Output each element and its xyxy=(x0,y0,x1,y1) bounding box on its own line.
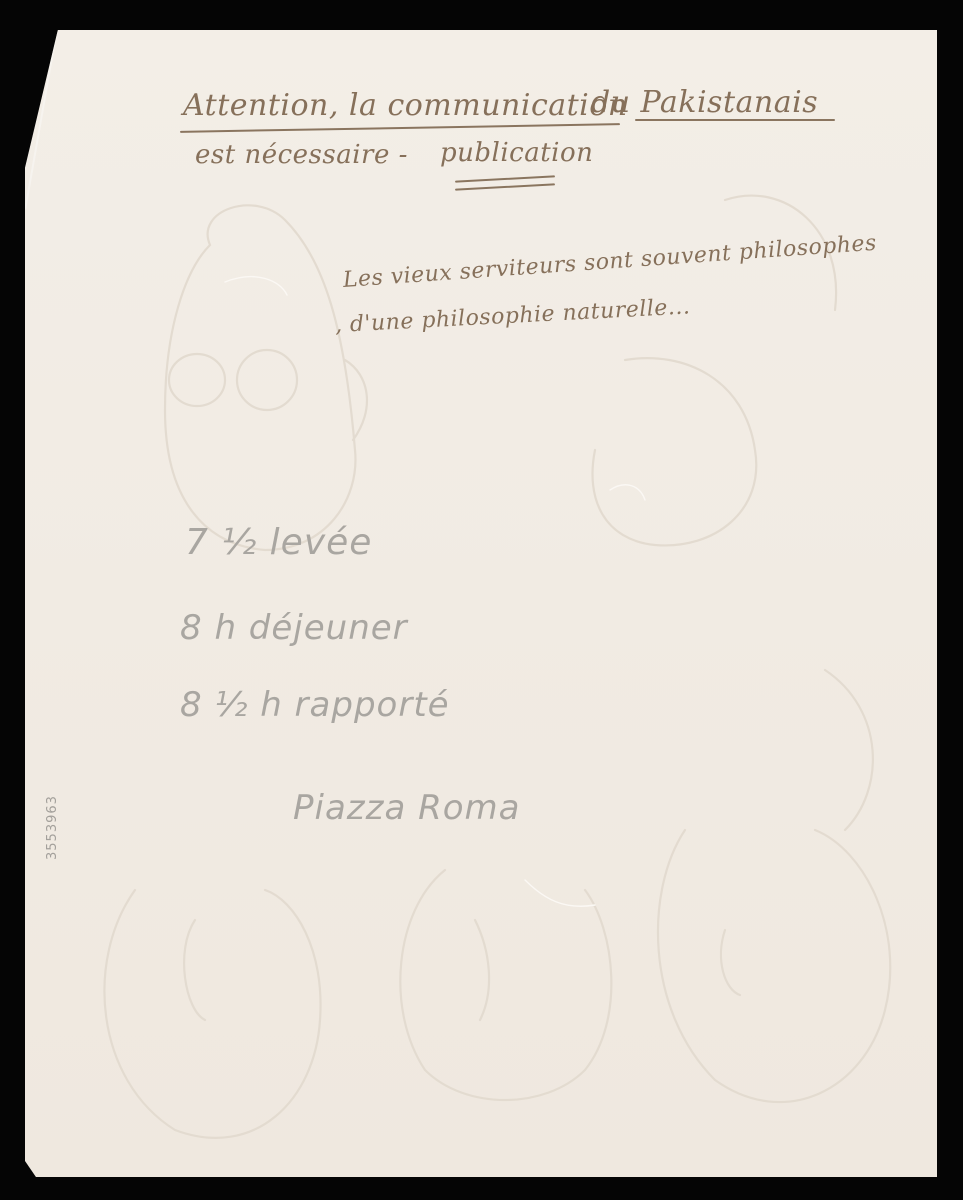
pencil-line-3: 8 ½ h rapporté xyxy=(180,685,450,725)
heading-line-1a: Attention, la communication xyxy=(183,88,628,123)
archive-number: 3553963 xyxy=(45,795,60,860)
manuscript-sheet: Attention, la communication du Pakistana… xyxy=(25,30,937,1177)
embossed-sketches xyxy=(25,30,937,1177)
heading-line-1b: du Pakistanais xyxy=(591,85,818,120)
pencil-line-1: 7 ½ levée xyxy=(185,522,372,563)
underline-pakistanais xyxy=(635,119,835,121)
pencil-line-4: Piazza Roma xyxy=(293,788,521,828)
heading-line-2b: publication xyxy=(440,138,593,168)
pencil-line-2: 8 h déjeuner xyxy=(180,608,408,648)
heading-line-2a: est nécessaire - xyxy=(195,140,408,170)
